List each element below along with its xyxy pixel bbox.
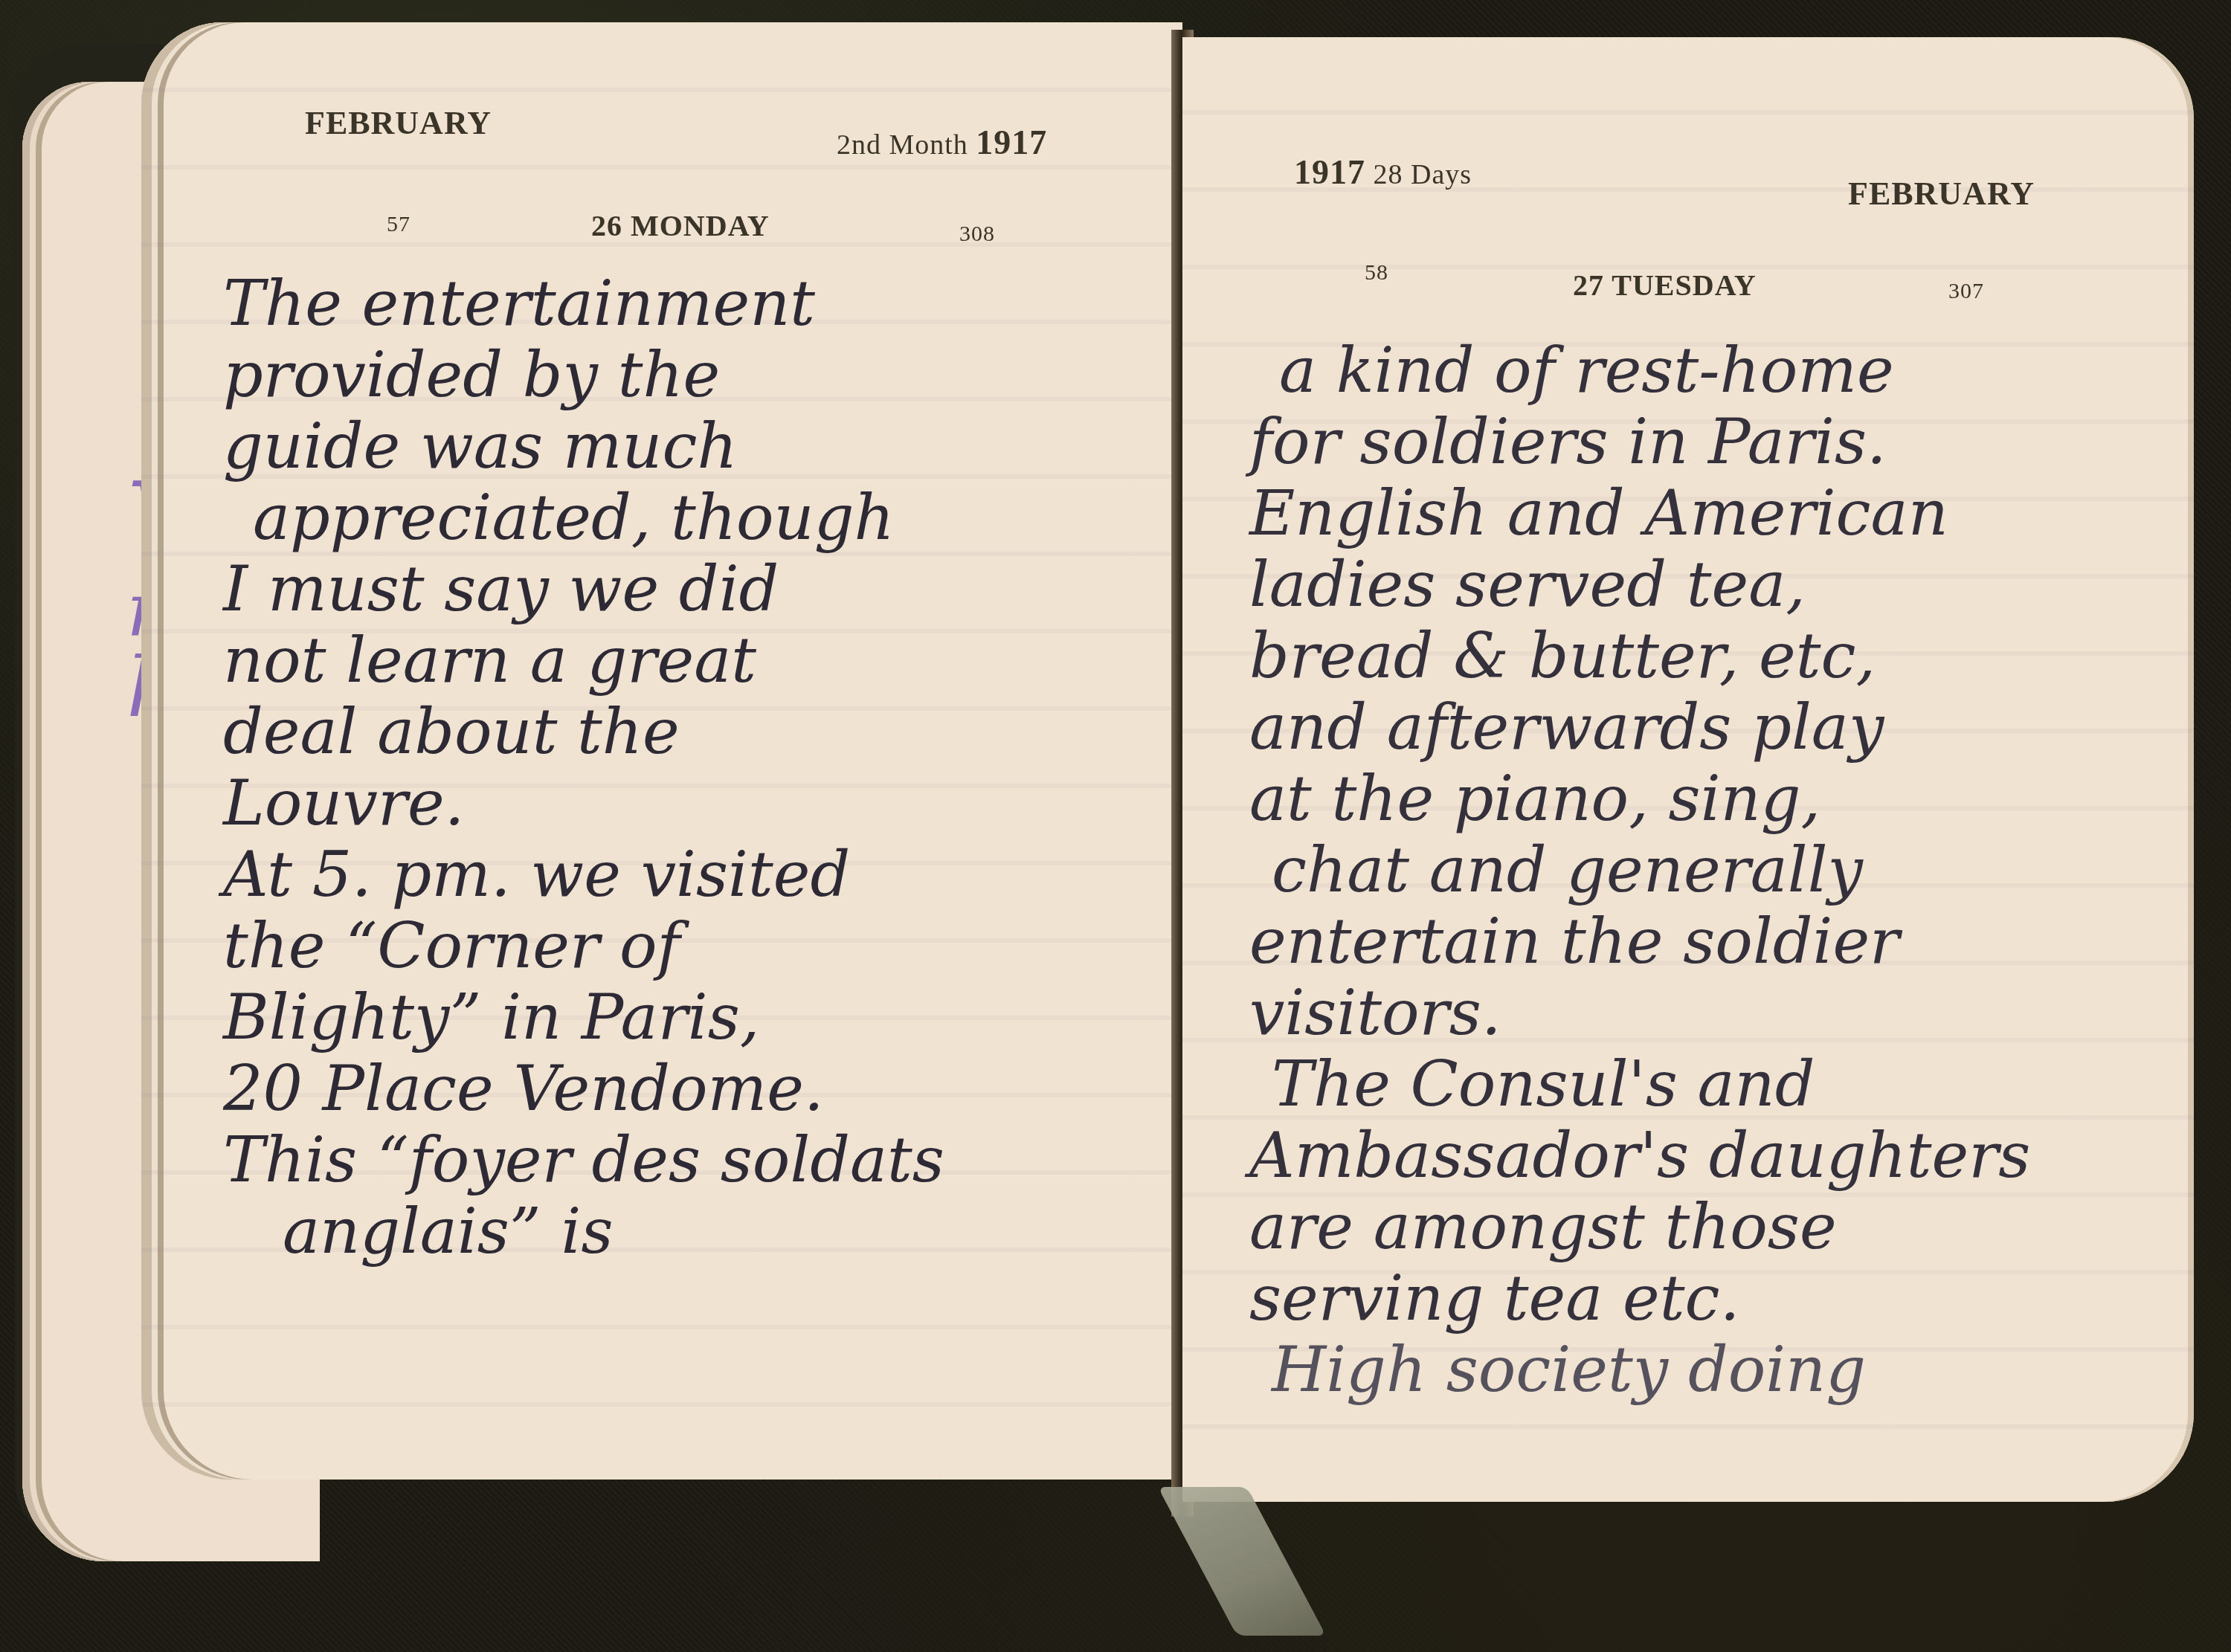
- month-ordinal: 2nd Month: [837, 129, 968, 161]
- month-number-label: 2nd Month 1917: [837, 123, 1047, 162]
- handwritten-entry: a kind of rest-home for soldiers in Pari…: [1182, 335, 2194, 1405]
- diary-page-monday: FEBRUARY 2nd Month 1917 57 26 MONDAY 308…: [141, 22, 1182, 1480]
- handwritten-line: The entertainment: [223, 268, 1182, 339]
- handwritten-line: the “Corner of: [223, 910, 1182, 981]
- page-month-header: FEBRUARY: [305, 104, 492, 142]
- handwritten-line: I must say we did: [223, 553, 1182, 625]
- page-year: 1917: [1294, 153, 1365, 191]
- handwritten-entry: The entertainment provided by the guide …: [141, 268, 1182, 1267]
- handwritten-line: visitors.: [1249, 977, 2194, 1048]
- handwritten-line: This “foyer des soldats: [223, 1124, 1182, 1196]
- handwritten-line: Ambassador's daughters: [1249, 1120, 2194, 1191]
- date-heading: 27 TUESDAY: [1573, 268, 1757, 303]
- handwritten-line: deal about the: [223, 696, 1182, 767]
- date-heading: 26 MONDAY: [591, 208, 770, 243]
- handwritten-line: guide was much: [223, 410, 1182, 482]
- handwritten-line: chat and generally: [1249, 834, 2194, 906]
- days-in-month: 28 Days: [1374, 159, 1472, 190]
- handwritten-line: and afterwards play: [1249, 691, 2194, 763]
- handwritten-line: entertain the soldier: [1249, 906, 2194, 977]
- handwritten-line: not learn a great: [223, 625, 1182, 696]
- handwritten-line: English and American: [1249, 477, 2194, 549]
- handwritten-line: a kind of rest-home: [1249, 335, 2194, 406]
- days-remaining-number: 307: [1948, 279, 1984, 304]
- page-year: 1917: [976, 123, 1047, 161]
- handwritten-line: appreciated, though: [223, 482, 1182, 553]
- handwritten-line: Louvre.: [223, 767, 1182, 839]
- handwritten-line: provided by the: [223, 339, 1182, 410]
- day-of-year-number: 58: [1365, 260, 1388, 285]
- handwritten-line: At 5. pm. we visited: [223, 839, 1182, 910]
- handwritten-line: The Consul's and: [1249, 1048, 2194, 1120]
- handwritten-line: are amongst those: [1249, 1191, 2194, 1262]
- handwritten-line: Blighty” in Paris,: [223, 981, 1182, 1053]
- handwritten-line: 20 Place Vendome.: [223, 1053, 1182, 1124]
- diary-page-tuesday: 1917 28 Days FEBRUARY 58 27 TUESDAY 307 …: [1182, 37, 2194, 1502]
- year-and-days-label: 1917 28 Days: [1294, 152, 1472, 192]
- day-of-year-number: 57: [387, 212, 411, 237]
- handwritten-line: serving tea etc.: [1249, 1262, 2194, 1334]
- handwritten-line: anglais” is: [223, 1196, 1182, 1267]
- handwritten-line: bread & butter, etc,: [1249, 620, 2194, 691]
- handwritten-line: High society doing: [1249, 1334, 2194, 1405]
- days-remaining-number: 308: [959, 222, 995, 247]
- handwritten-line: for soldiers in Paris.: [1249, 406, 2194, 477]
- handwritten-line: at the piano, sing,: [1249, 763, 2194, 834]
- handwritten-line: ladies served tea,: [1249, 549, 2194, 620]
- page-month-header: FEBRUARY: [1848, 175, 2035, 213]
